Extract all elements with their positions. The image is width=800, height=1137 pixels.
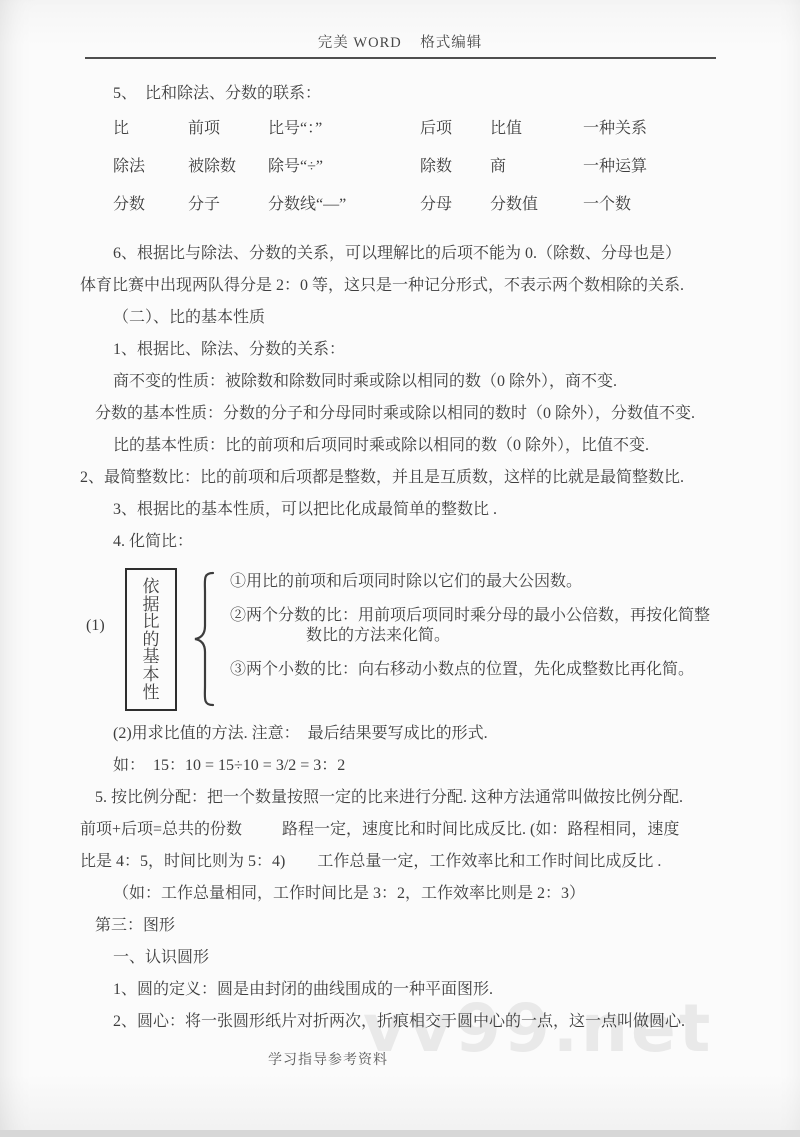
doc-line-circle-heading: 一、认识圆形 — [80, 948, 735, 968]
table-cell: 比号“：” — [268, 116, 420, 154]
table-cell: 分子 — [188, 192, 268, 230]
table-cell: 前项 — [188, 116, 268, 154]
table-cell: 商 — [490, 154, 583, 192]
doc-line-example-formula: 如： 15：10 = 15÷10 = 3/2 = 3：2 — [80, 756, 735, 776]
table-cell: 比 — [113, 116, 188, 154]
doc-line-section5-title: 5、 比和除法、分数的联系： — [80, 84, 735, 104]
doc-line: 1、根据比、除法、分数的关系： — [80, 340, 735, 360]
doc-line: 商不变的性质：被除数和除数同时乘或除以相同的数（0 除外），商不变. — [80, 372, 735, 392]
table-cell: 除号“÷” — [268, 154, 420, 192]
table-cell: 分母 — [420, 192, 490, 230]
document-page: 完美 WORD 格式编辑 vv99.net 5、 比和除法、分数的联系： 比 前… — [0, 0, 800, 1137]
doc-line: 2、最简整数比：比的前项和后项都是整数，并且是互质数，这样的比就是最简整数比. — [80, 468, 735, 488]
header-rule — [85, 57, 716, 59]
doc-line: 2、圆心：将一张圆形纸片对折两次，折痕相交于圆中心的一点，这一点叫做圆心. — [80, 1012, 735, 1032]
table-cell: 除法 — [113, 154, 188, 192]
doc-line: 3、根据比的基本性质，可以把比化成最简单的整数比 . — [80, 500, 735, 520]
doc-line: (2)用求比值的方法. 注意： 最后结果要写成比的形式. — [80, 724, 735, 744]
diagram-basis-box: 依据比的基本性 — [125, 568, 177, 711]
diagram-number-label: (1) — [86, 616, 105, 636]
doc-line: 比是 4：5，时间比则为 5：4) 工作总量一定，工作效率比和工作时间比成反比 … — [80, 852, 735, 872]
page-footer: 学习指导参考资料 — [268, 1049, 388, 1069]
doc-line: 5. 按比例分配：把一个数量按照一定的比来进行分配. 这种方法通常叫做按比例分配… — [80, 788, 735, 808]
table-cell: 一个数 — [583, 192, 735, 230]
table-cell: 一种运算 — [583, 154, 735, 192]
diagram-item-2: ②两个分数的比：用前项后项同时乘分母的最小公倍数，再按化简整 — [230, 606, 735, 626]
diagram-item-list: ①用比的前项和后项同时除以它们的最大公因数。 ②两个分数的比：用前项后项同时乘分… — [230, 572, 735, 694]
table-cell: 除数 — [420, 154, 490, 192]
doc-line-simplify-ratio-heading: 4. 化简比： — [80, 532, 735, 552]
doc-line-section2-heading: （二）、比的基本性质 — [80, 308, 735, 328]
table-cell: 被除数 — [188, 154, 268, 192]
doc-line: （如：工作总量相同，工作时间比是 3：2，工作效率比则是 2：3） — [80, 884, 735, 904]
table-cell: 分数值 — [490, 192, 583, 230]
doc-line: 分数的基本性质：分数的分子和分母同时乘或除以相同的数时（0 除外），分数值不变. — [80, 404, 735, 424]
doc-line-section3-heading: 第三：图形 — [80, 916, 735, 936]
doc-line: 体育比赛中出现两队得分是 2：0 等，这只是一种记分形式，不表示两个数相除的关系… — [80, 276, 735, 296]
left-brace-shape — [192, 570, 216, 714]
ratio-division-fraction-table: 比 前项 比号“：” 后项 比值 一种关系 除法 被除数 除号“÷” 除数 商 … — [113, 116, 735, 230]
table-cell: 后项 — [420, 116, 490, 154]
document-body: 5、 比和除法、分数的联系： 比 前项 比号“：” 后项 比值 一种关系 除法 … — [80, 84, 735, 1044]
page-bottom-bar — [0, 1130, 800, 1137]
doc-line: 1、圆的定义：圆是由封闭的曲线围成的一种平面图形. — [80, 980, 735, 1000]
table-cell: 比值 — [490, 116, 583, 154]
doc-line: 6、根据比与除法、分数的关系，可以理解比的后项不能为 0.（除数、分母也是） — [80, 244, 735, 264]
doc-line: 前项+后项=总共的份数 路程一定，速度比和时间比成反比. (如：路程相同，速度 — [80, 820, 735, 840]
table-cell: 一种关系 — [583, 116, 735, 154]
table-cell: 分数线“—” — [268, 192, 420, 230]
table-cell: 分数 — [113, 192, 188, 230]
simplify-ratio-diagram: (1) 依据比的基本性 ①用比的前项和后项同时除以它们的最大公因数。 ②两个分数… — [80, 564, 735, 714]
page-header: 完美 WORD 格式编辑 — [0, 31, 800, 52]
diagram-item-2-continued: 数比的方法来化简。 — [230, 626, 735, 646]
diagram-item-3: ③两个小数的比：向右移动小数点的位置，先化成整数比再化简。 — [230, 660, 735, 680]
diagram-item-1: ①用比的前项和后项同时除以它们的最大公因数。 — [230, 572, 735, 592]
doc-line: 比的基本性质：比的前项和后项同时乘或除以相同的数（0 除外），比值不变. — [80, 436, 735, 456]
diagram-box-vertical-text: 依据比的基本性 — [142, 578, 160, 701]
